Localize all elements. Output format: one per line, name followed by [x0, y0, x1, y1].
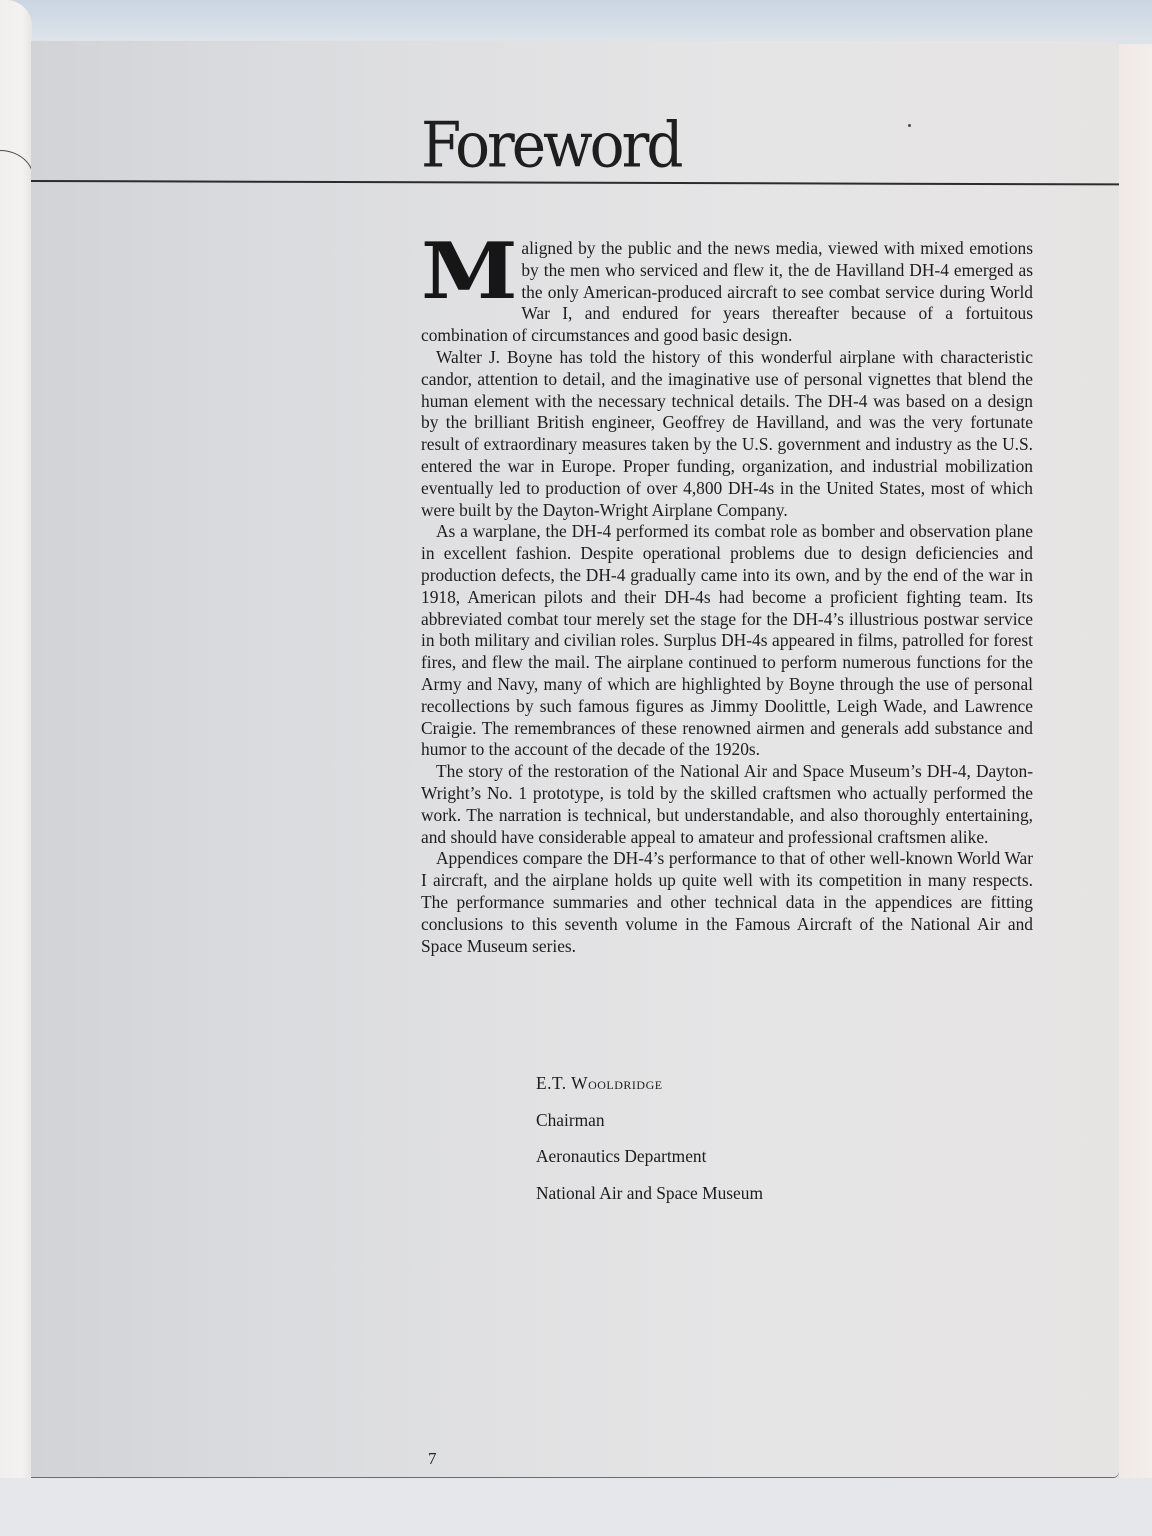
- paragraph-1: Maligned by the public and the news medi…: [421, 238, 1033, 347]
- signatory-name: E.T. Wooldridge: [536, 1073, 763, 1110]
- page-title: Foreword: [421, 108, 680, 181]
- signature-block: E.T. Wooldridge Chairman Aeronautics Dep…: [536, 1073, 763, 1219]
- paragraph-4: The story of the restoration of the Nati…: [421, 761, 1033, 848]
- drop-cap: M: [421, 240, 527, 304]
- paragraph-3: As a warplane, the DH-4 performed its co…: [421, 521, 1033, 761]
- table-surface: [0, 1478, 1152, 1536]
- signatory-institution: National Air and Space Museum: [536, 1183, 763, 1220]
- page-number: 7: [428, 1449, 437, 1469]
- signatory-department: Aeronautics Department: [536, 1146, 763, 1183]
- foreword-body: Maligned by the public and the news medi…: [421, 238, 1033, 957]
- ink-speck: [908, 124, 911, 127]
- signatory-title: Chairman: [536, 1110, 763, 1147]
- facing-page-edge: [0, 0, 32, 1536]
- paragraph-5: Appendices compare the DH-4’s performanc…: [421, 848, 1033, 957]
- page-stack-edge: [1119, 44, 1152, 1480]
- paragraph-2: Walter J. Boyne has told the history of …: [421, 347, 1033, 521]
